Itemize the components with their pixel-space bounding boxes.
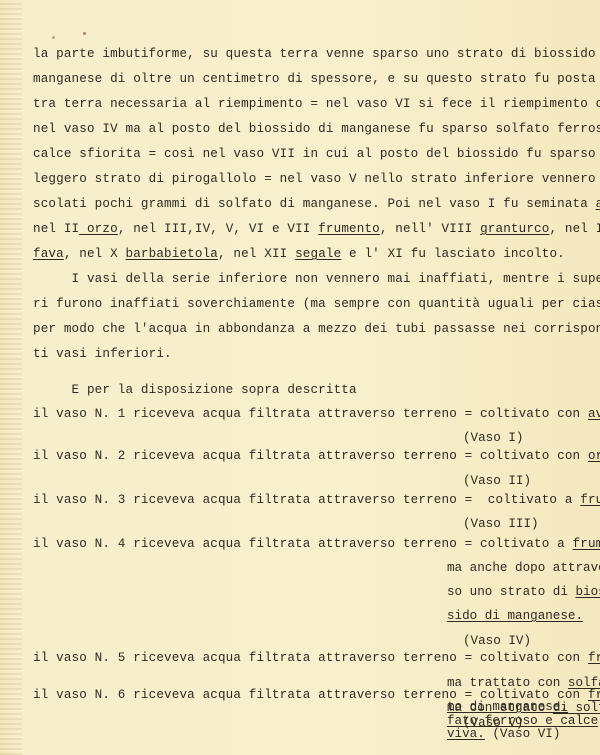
crop-segale: segale xyxy=(295,247,341,261)
cultivation-label: coltivato con xyxy=(480,449,588,463)
cultivation-label: coltivato a xyxy=(480,493,580,507)
vessel-entry: il vaso N. 1 riceveva acqua filtrata att… xyxy=(33,407,600,421)
vessel-label: (Vaso III) xyxy=(463,517,539,531)
cultivation-crop: frumento xyxy=(588,651,600,665)
cultivation-crop: avena xyxy=(588,407,600,421)
cultivation-label: coltivato a xyxy=(480,537,573,551)
cultivation-crop: frumento xyxy=(580,493,600,507)
vessel-entry: il vaso N. 5 riceveva acqua filtrata att… xyxy=(33,651,600,665)
vessel-note: fato ferroso e calce xyxy=(447,714,598,728)
text-line: nel vaso IV ma al posto del biossido di … xyxy=(33,122,600,136)
cultivation-crop: orzo xyxy=(588,449,600,463)
cultivation-crop: frumento xyxy=(588,688,600,702)
vessel-description: il vaso N. 2 riceveva acqua filtrata att… xyxy=(33,449,480,463)
vessel-note: so uno strato di bios xyxy=(447,585,600,599)
text-line: tra terra necessaria al riempimento = ne… xyxy=(33,97,600,111)
vessel-entry: il vaso N. 6 riceveva acqua filtrata att… xyxy=(33,688,600,702)
text-line: ti vasi inferiori. xyxy=(33,347,172,361)
text-line: calce sfiorita = così nel vaso VII in cu… xyxy=(33,147,600,161)
ink-speck xyxy=(83,32,86,35)
text-line: ri furono inaffiati soverchiamente (ma s… xyxy=(33,297,600,311)
vessel-description: il vaso N. 1 riceveva acqua filtrata att… xyxy=(33,407,480,421)
cultivation-label: coltivato con xyxy=(480,688,588,702)
crop-fava: fava xyxy=(33,247,64,261)
crop-barbabietola: barbabietola xyxy=(126,247,219,261)
vessel-entry: il vaso N. 2 riceveva acqua filtrata att… xyxy=(33,449,600,463)
ink-speck xyxy=(52,36,55,39)
vessel-description: il vaso N. 6 riceveva acqua filtrata att… xyxy=(33,688,480,702)
text-line: nel II orzo, nel III,IV, V, VI e VII fru… xyxy=(33,222,600,236)
vessel-label: (Vaso IV) xyxy=(463,634,531,648)
vessel-entry: il vaso N. 3 riceveva acqua filtrata att… xyxy=(33,493,600,507)
text-line: I vasi della serie inferiore non vennero… xyxy=(33,272,600,286)
text-line: la parte imbutiforme, su questa terra ve… xyxy=(33,47,600,61)
text-line: scolati pochi grammi di solfato di manga… xyxy=(33,197,600,211)
crop-frumento: frumento xyxy=(318,222,380,236)
crop-granturco: granturco xyxy=(480,222,549,236)
text-line: leggero strato di pirogallolo = nel vaso… xyxy=(33,172,600,186)
text-line: fava, nel X barbabietola, nel XII segale… xyxy=(33,247,565,261)
intro-line: E per la disposizione sopra descritta xyxy=(33,383,357,397)
vessel-note: sido di manganese. xyxy=(447,609,583,623)
vessel-note: viva. (Vaso VI) xyxy=(447,727,560,741)
vessel-note: ma con strato di solf xyxy=(447,701,600,715)
cultivation-crop: frumento xyxy=(573,537,600,551)
crop-orzo: orzo xyxy=(87,222,118,236)
vessel-label: (Vaso I) xyxy=(463,431,523,445)
vessel-note: ma anche dopo attraver xyxy=(447,561,600,575)
cultivation-label: coltivato con xyxy=(480,651,588,665)
text-line: per modo che l'acqua in abbondanza a mez… xyxy=(33,322,600,336)
vessel-entry: il vaso N. 4 riceveva acqua filtrata att… xyxy=(33,537,600,551)
vessel-label: (Vaso II) xyxy=(463,474,531,488)
vessel-description: il vaso N. 3 riceveva acqua filtrata att… xyxy=(33,493,480,507)
vessel-description: il vaso N. 5 riceveva acqua filtrata att… xyxy=(33,651,480,665)
cultivation-label: coltivato con xyxy=(480,407,588,421)
crop-avena: avena xyxy=(596,197,600,211)
text-line: manganese di oltre un centimetro di spes… xyxy=(33,72,600,86)
typewritten-page: la parte imbutiforme, su questa terra ve… xyxy=(0,0,600,755)
vessel-description: il vaso N. 4 riceveva acqua filtrata att… xyxy=(33,537,480,551)
